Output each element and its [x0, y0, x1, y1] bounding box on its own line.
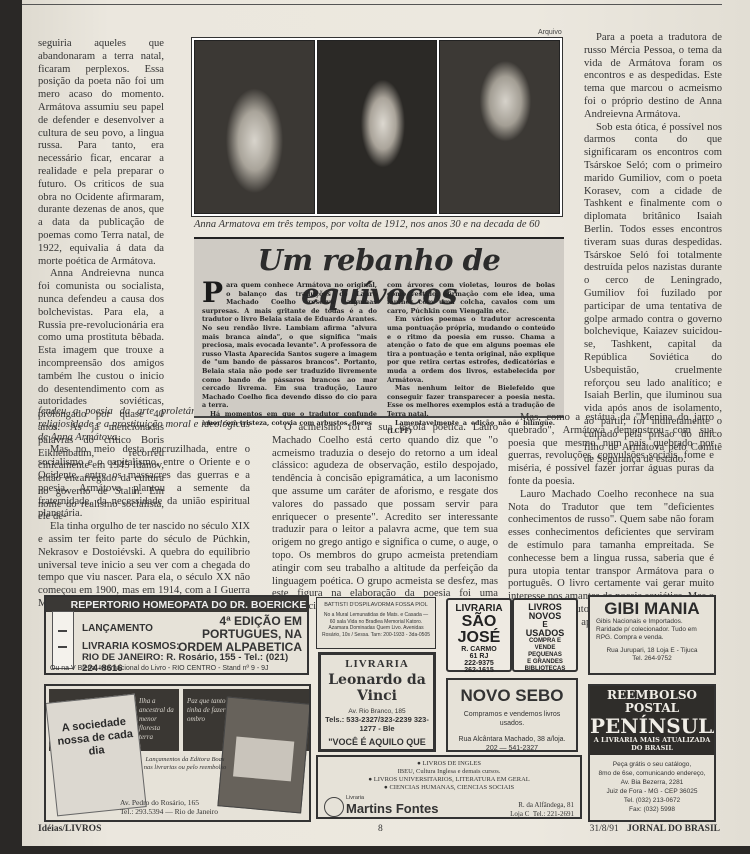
- paragraph: Mas, como a estátua da "Menina do jarro …: [508, 412, 714, 489]
- ad-slogan: "VOCÊ É AQUILO QUE LE": [324, 737, 430, 752]
- ad-header-block: REEMBOLSO POSTAL PENÍNSULA A LIVRARIA MA…: [590, 686, 714, 755]
- paragraph: Para a poeta a tradutora de russo Mércia…: [584, 32, 722, 122]
- ad-peninsula: REEMBOLSO POSTAL PENÍNSULA A LIVRARIA MA…: [588, 684, 716, 822]
- section-name: Idéias/LIVROS: [38, 824, 101, 834]
- ad-title: GIBI MANIA: [596, 605, 708, 613]
- page-number: 8: [378, 824, 383, 834]
- issue-date: 31/8/91: [590, 824, 619, 834]
- ad-address: Av. Pedro do Rosário, 165 Tel.: 293.5394…: [120, 798, 218, 816]
- photo-elderly-portrait: [439, 40, 560, 214]
- ad-header: BATTISTI D'OSPILAVORMA FOSSA PIOL: [321, 602, 431, 608]
- paragraph: Para quem conhece Armátova no original, …: [202, 281, 377, 410]
- paragraph: O acmeismo foi a sua escola poética. Lau…: [272, 422, 498, 614]
- ad-gibi-mania: GIBI MANIA Gibis Nacionais e Importados.…: [588, 595, 716, 675]
- ad-body: Gibis Nacionais e Importados. Raridade p…: [596, 618, 708, 642]
- ad-address: R. da Alfândega, 81 Loja C Tel.: 221-269…: [510, 801, 574, 819]
- book-left-page: LIVRARIA SÃO JOSÉ R. CARMO 61 RJ 222-937…: [446, 598, 512, 672]
- ad-novo-sebo: NOVO SEBO Compramos e vendemos livros us…: [446, 678, 578, 752]
- ad-sao-jose: LIVRARIA SÃO JOSÉ R. CARMO 61 RJ 222-937…: [446, 596, 578, 676]
- photo-young-portrait: [194, 40, 315, 214]
- book-right-page: LIVROS NOVOS E USADOS COMPRA E VENDE PEQ…: [512, 598, 578, 672]
- right-column-top: Para a poeta a tradutora de russo Mércia…: [584, 32, 722, 467]
- ad-phone: Tel. 264-9752: [596, 655, 708, 663]
- ad-body: Peça grátis o seu catálogo, 8mo de 6se, …: [590, 760, 714, 814]
- paragraph: seguiria aqueles que abandonaram a terra…: [38, 38, 164, 268]
- left-column-bottom: fendeu a poesia da arte proletária contr…: [38, 406, 250, 611]
- ad-brand: Livraria Martins Fontes Editora Ltda: [346, 794, 438, 819]
- ad-title: Leonardo da Vinci: [324, 672, 430, 704]
- book-cover-right: [217, 697, 310, 814]
- ad-books-publisher: Ilha a ancestral da menor floresta terra…: [44, 684, 311, 822]
- ad-phones: Tels.: 533-2327/323-2239 323-1277 - Ble: [324, 715, 430, 733]
- ad-body: No a Mural Lemunatidas de Mats. e Casada…: [321, 612, 431, 638]
- book-stripe: [58, 630, 67, 632]
- ad-label: LIVRARIA: [324, 658, 430, 670]
- ad-launch-label: LANÇAMENTO: [82, 623, 153, 634]
- sidebar-review-box: Um rebanho de equívocos Para quem conhec…: [194, 237, 564, 418]
- ad-address: Rua Jurupari, 18 Loja E - Tijuca: [596, 647, 708, 655]
- photo-strip: [191, 37, 563, 217]
- martins-fontes-logo-icon: [324, 797, 344, 817]
- ad-note: Ou na V Bienal Internacional do Livro - …: [50, 665, 306, 672]
- ad-boericke: REPERTORIO HOMEOPATA DO DR. BOERICKE LAN…: [44, 595, 309, 675]
- paragraph: Mas no meio desta encruzilhada, entre o …: [38, 444, 250, 521]
- photo-profile-portrait: [317, 40, 438, 214]
- ad-note: Lançamentos da Editora Boas nas livraria…: [142, 756, 228, 772]
- ad-address: Rua Alcântara Machado, 38 a/loja. 202 — …: [452, 736, 572, 752]
- ad-martins-fontes: ● LIVROS DE INGLES IBEU, Cultura Inglesa…: [316, 755, 582, 819]
- middle-column: O acmeismo foi a sua escola poética. Lau…: [272, 422, 498, 614]
- sidebar-column-1: Para quem conhece Armátova no original, …: [202, 281, 377, 427]
- ad-title: NOVO SEBO: [452, 686, 572, 706]
- page-footer: Idéias/LIVROS 8 31/8/91 JORNAL DO BRASIL: [38, 824, 728, 838]
- ad-body: Compramos e vendemos livros usados.: [452, 711, 572, 728]
- paragraph: com árvores com violetas, louros de bola…: [387, 281, 555, 315]
- photo-caption: Anna Armatova em três tempos, por volta …: [194, 219, 564, 230]
- book-icon: [52, 611, 74, 669]
- ad-address: Av. Rio Branco, 185: [324, 708, 430, 715]
- ad-header: REPERTORIO HOMEOPATA DO DR. BOERICKE: [46, 597, 307, 612]
- paragraph: Em vários poemas o tradutor acrescenta u…: [387, 315, 555, 384]
- ad-edition: 4ª EDIÇÃO EM PORTUGUES, NA ORDEM ALPABET…: [174, 615, 302, 654]
- ad-small-notice: BATTISTI D'OSPILAVORMA FOSSA PIOL No a M…: [316, 597, 436, 649]
- photo-credit: Arquivo: [538, 29, 562, 36]
- top-rule: [22, 4, 722, 5]
- publication-name: JORNAL DO BRASIL: [627, 824, 720, 834]
- drop-cap: P: [202, 281, 223, 305]
- ad-store: LIVRARIA KOSMOS:: [82, 641, 179, 652]
- ad-leonardo-da-vinci: LIVRARIA Leonardo da Vinci Av. Rio Branc…: [318, 652, 436, 752]
- book-stripe: [58, 646, 67, 648]
- book-cover-image: [233, 737, 294, 782]
- page-edge: [22, 846, 750, 854]
- publication-info: 31/8/91 JORNAL DO BRASIL: [590, 824, 720, 834]
